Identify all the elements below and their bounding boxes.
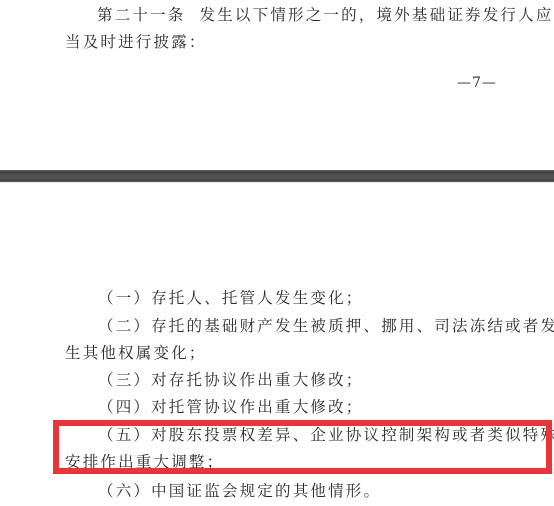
list-item-marker: （二） — [98, 317, 151, 335]
list-item-6: （六）中国证监会规定的其他情形。 — [98, 481, 381, 501]
list-item-5-continuation: 安排作出重大调整； — [65, 452, 224, 472]
article-text-line-1: 发生以下情形之一的，境外基础证券发行人应 — [200, 6, 554, 24]
list-item-2-continuation: 生其他权属变化； — [65, 343, 207, 363]
list-item-text: 存托人、托管人发生变化； — [151, 289, 363, 307]
list-item-1: （一）存托人、托管人发生变化； — [98, 288, 364, 308]
list-item-text: 对股东投票权差异、企业协议控制架构或者类似特殊 — [151, 426, 554, 444]
list-item-text: 对存托协议作出重大修改； — [151, 371, 363, 389]
page-divider-bar — [0, 170, 554, 182]
list-item-marker: （一） — [98, 289, 151, 307]
list-item-text: 中国证监会规定的其他情形。 — [151, 482, 381, 500]
list-item-5: （五）对股东投票权差异、企业协议控制架构或者类似特殊 — [98, 425, 554, 445]
list-item-marker: （四） — [98, 398, 151, 416]
article-label: 第二十一条 — [97, 6, 186, 24]
list-item-4: （四）对托管协议作出重大修改； — [98, 397, 364, 417]
list-item-text: 对托管协议作出重大修改； — [151, 398, 363, 416]
list-item-marker: （五） — [98, 426, 151, 444]
article-21-line-2: 当及时进行披露： — [65, 32, 207, 52]
list-item-marker: （三） — [98, 371, 151, 389]
list-item-2: （二）存托的基础财产发生被质押、挪用、司法冻结或者发 — [98, 316, 554, 336]
list-item-text: 存托的基础财产发生被质押、挪用、司法冻结或者发 — [151, 317, 554, 335]
article-21-line-1: 第二十一条发生以下情形之一的，境外基础证券发行人应 — [97, 5, 554, 25]
list-item-marker: （六） — [98, 482, 151, 500]
list-item-3: （三）对存托协议作出重大修改； — [98, 370, 364, 390]
document-page-top: 第二十一条发生以下情形之一的，境外基础证券发行人应 当及时进行披露： —7— — [0, 0, 554, 170]
page-number: —7— — [457, 75, 497, 91]
